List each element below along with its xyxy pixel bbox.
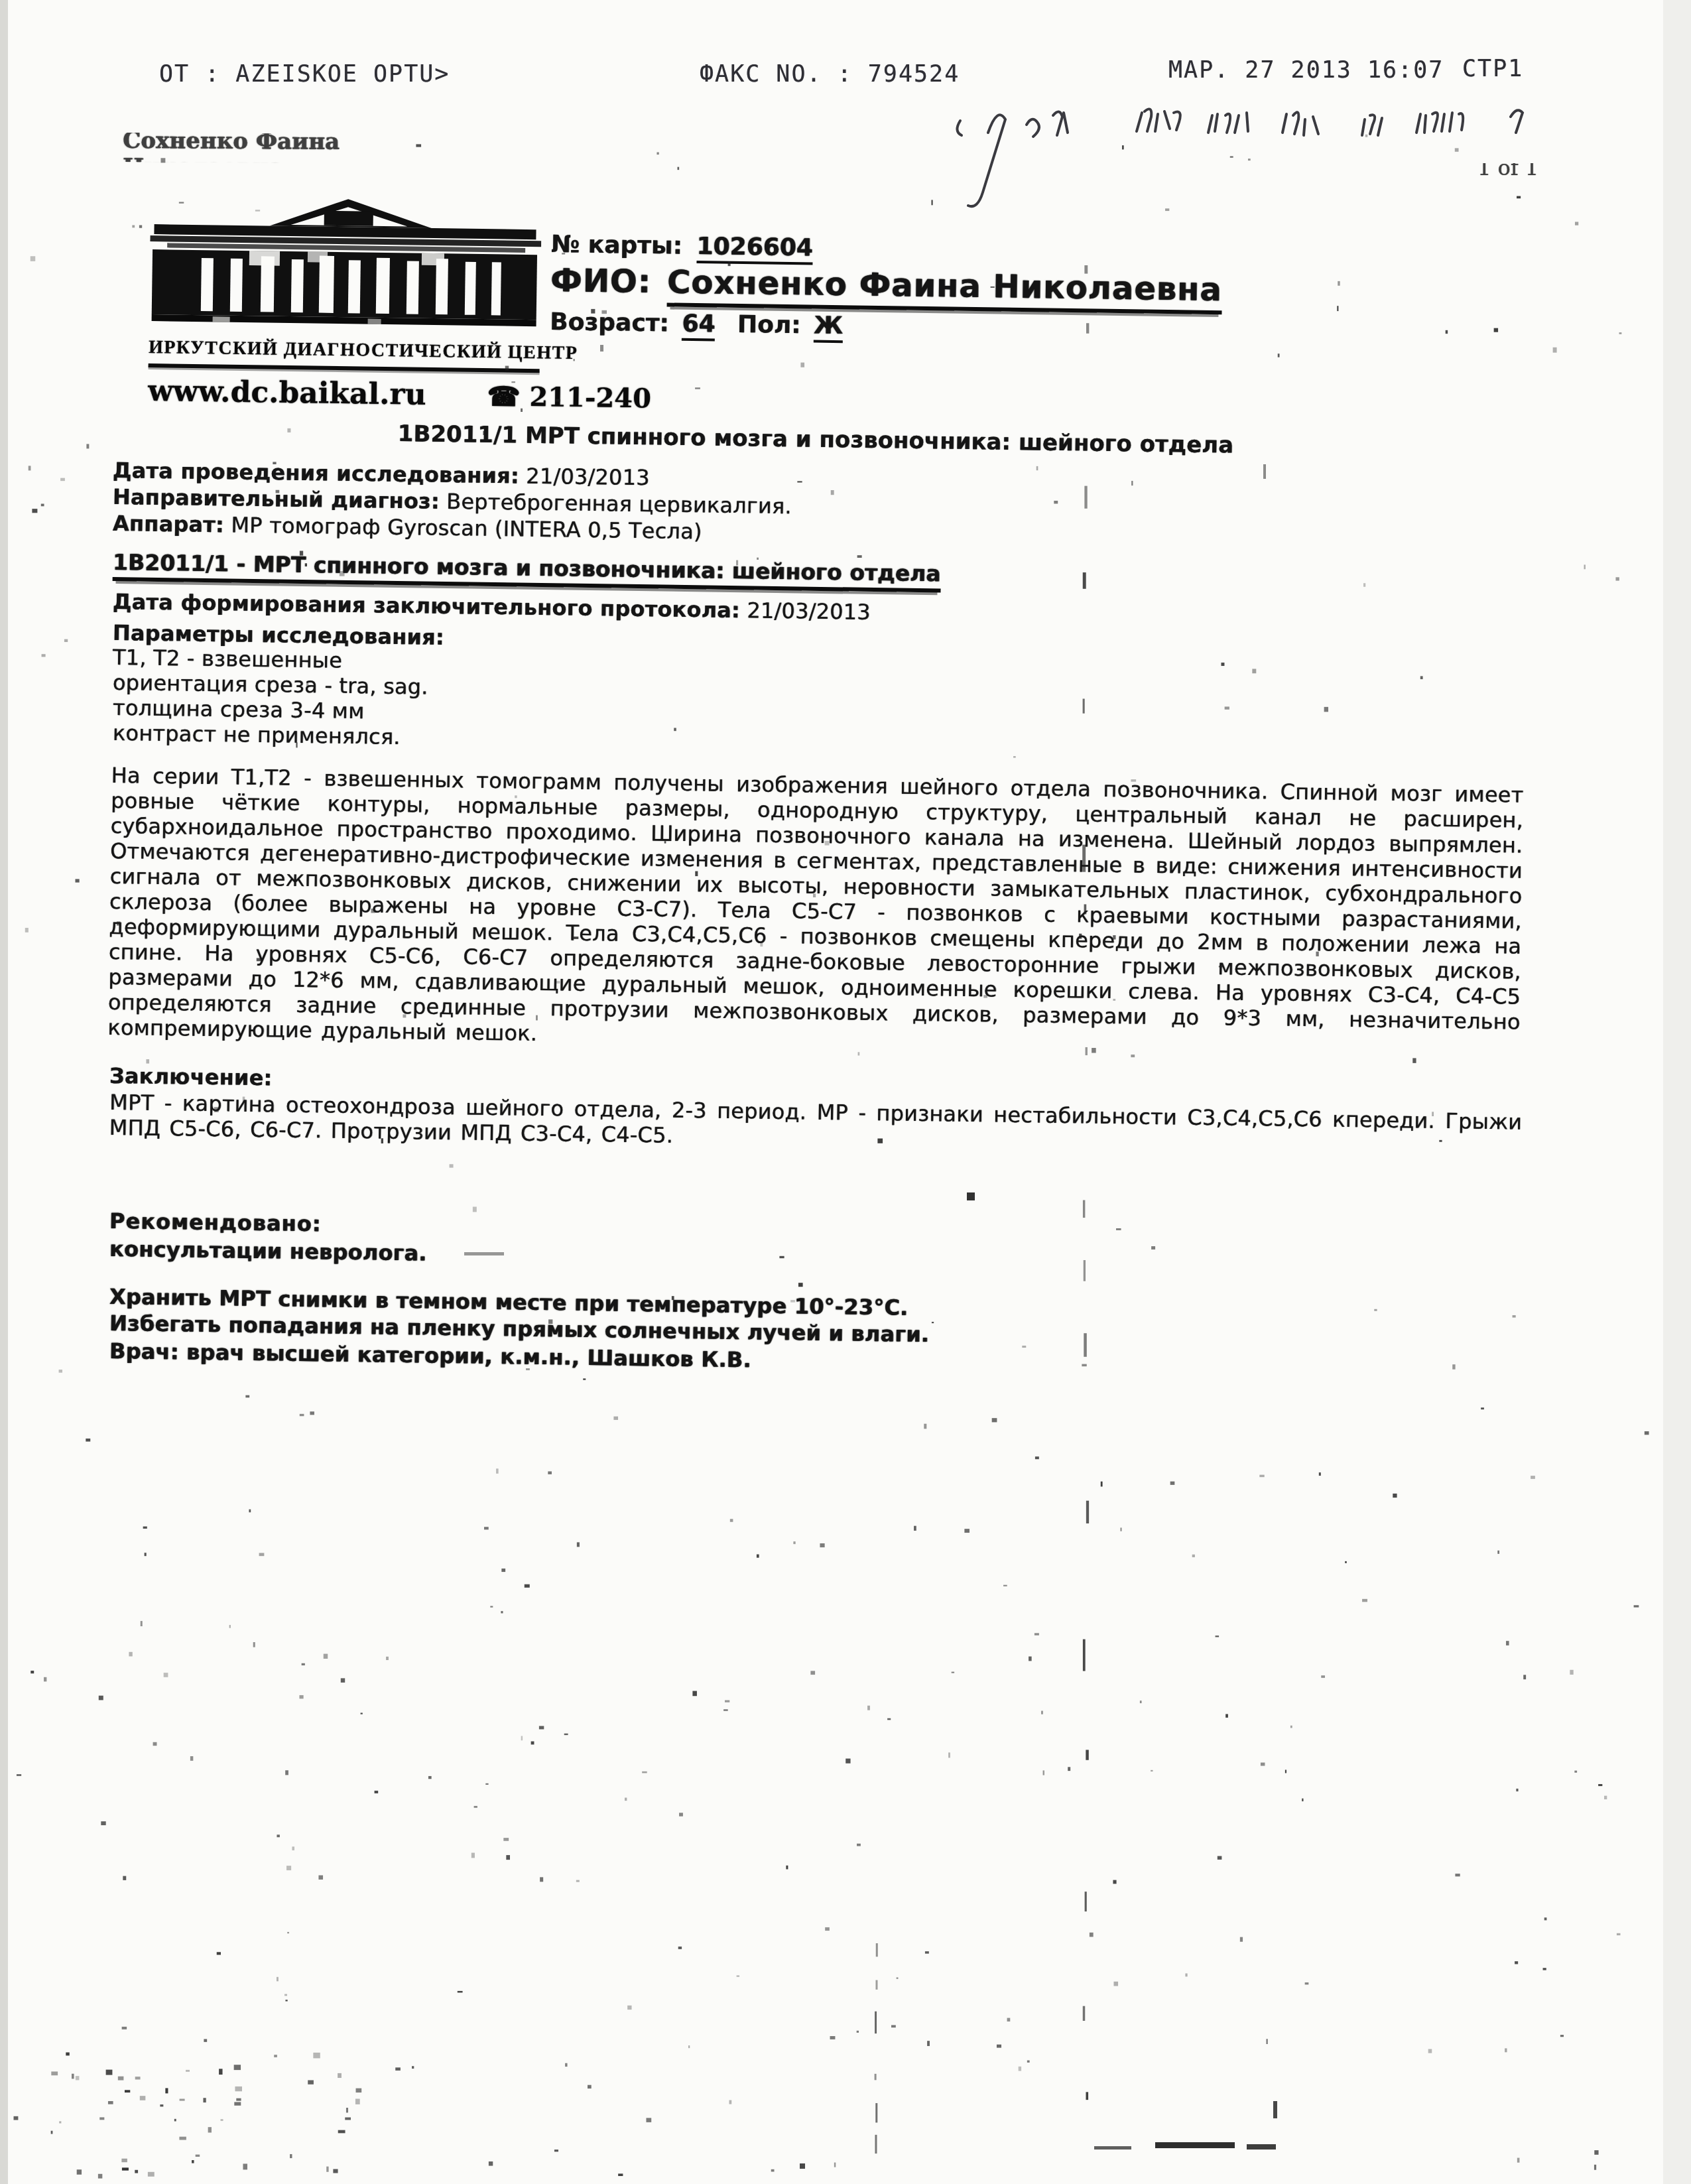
scan-noise-overlay — [0, 0, 1691, 2184]
fax-scan-page: ОТ : AZEISKOE OPTU> ФАКС NO. : 794524 МА… — [0, 0, 1691, 2184]
